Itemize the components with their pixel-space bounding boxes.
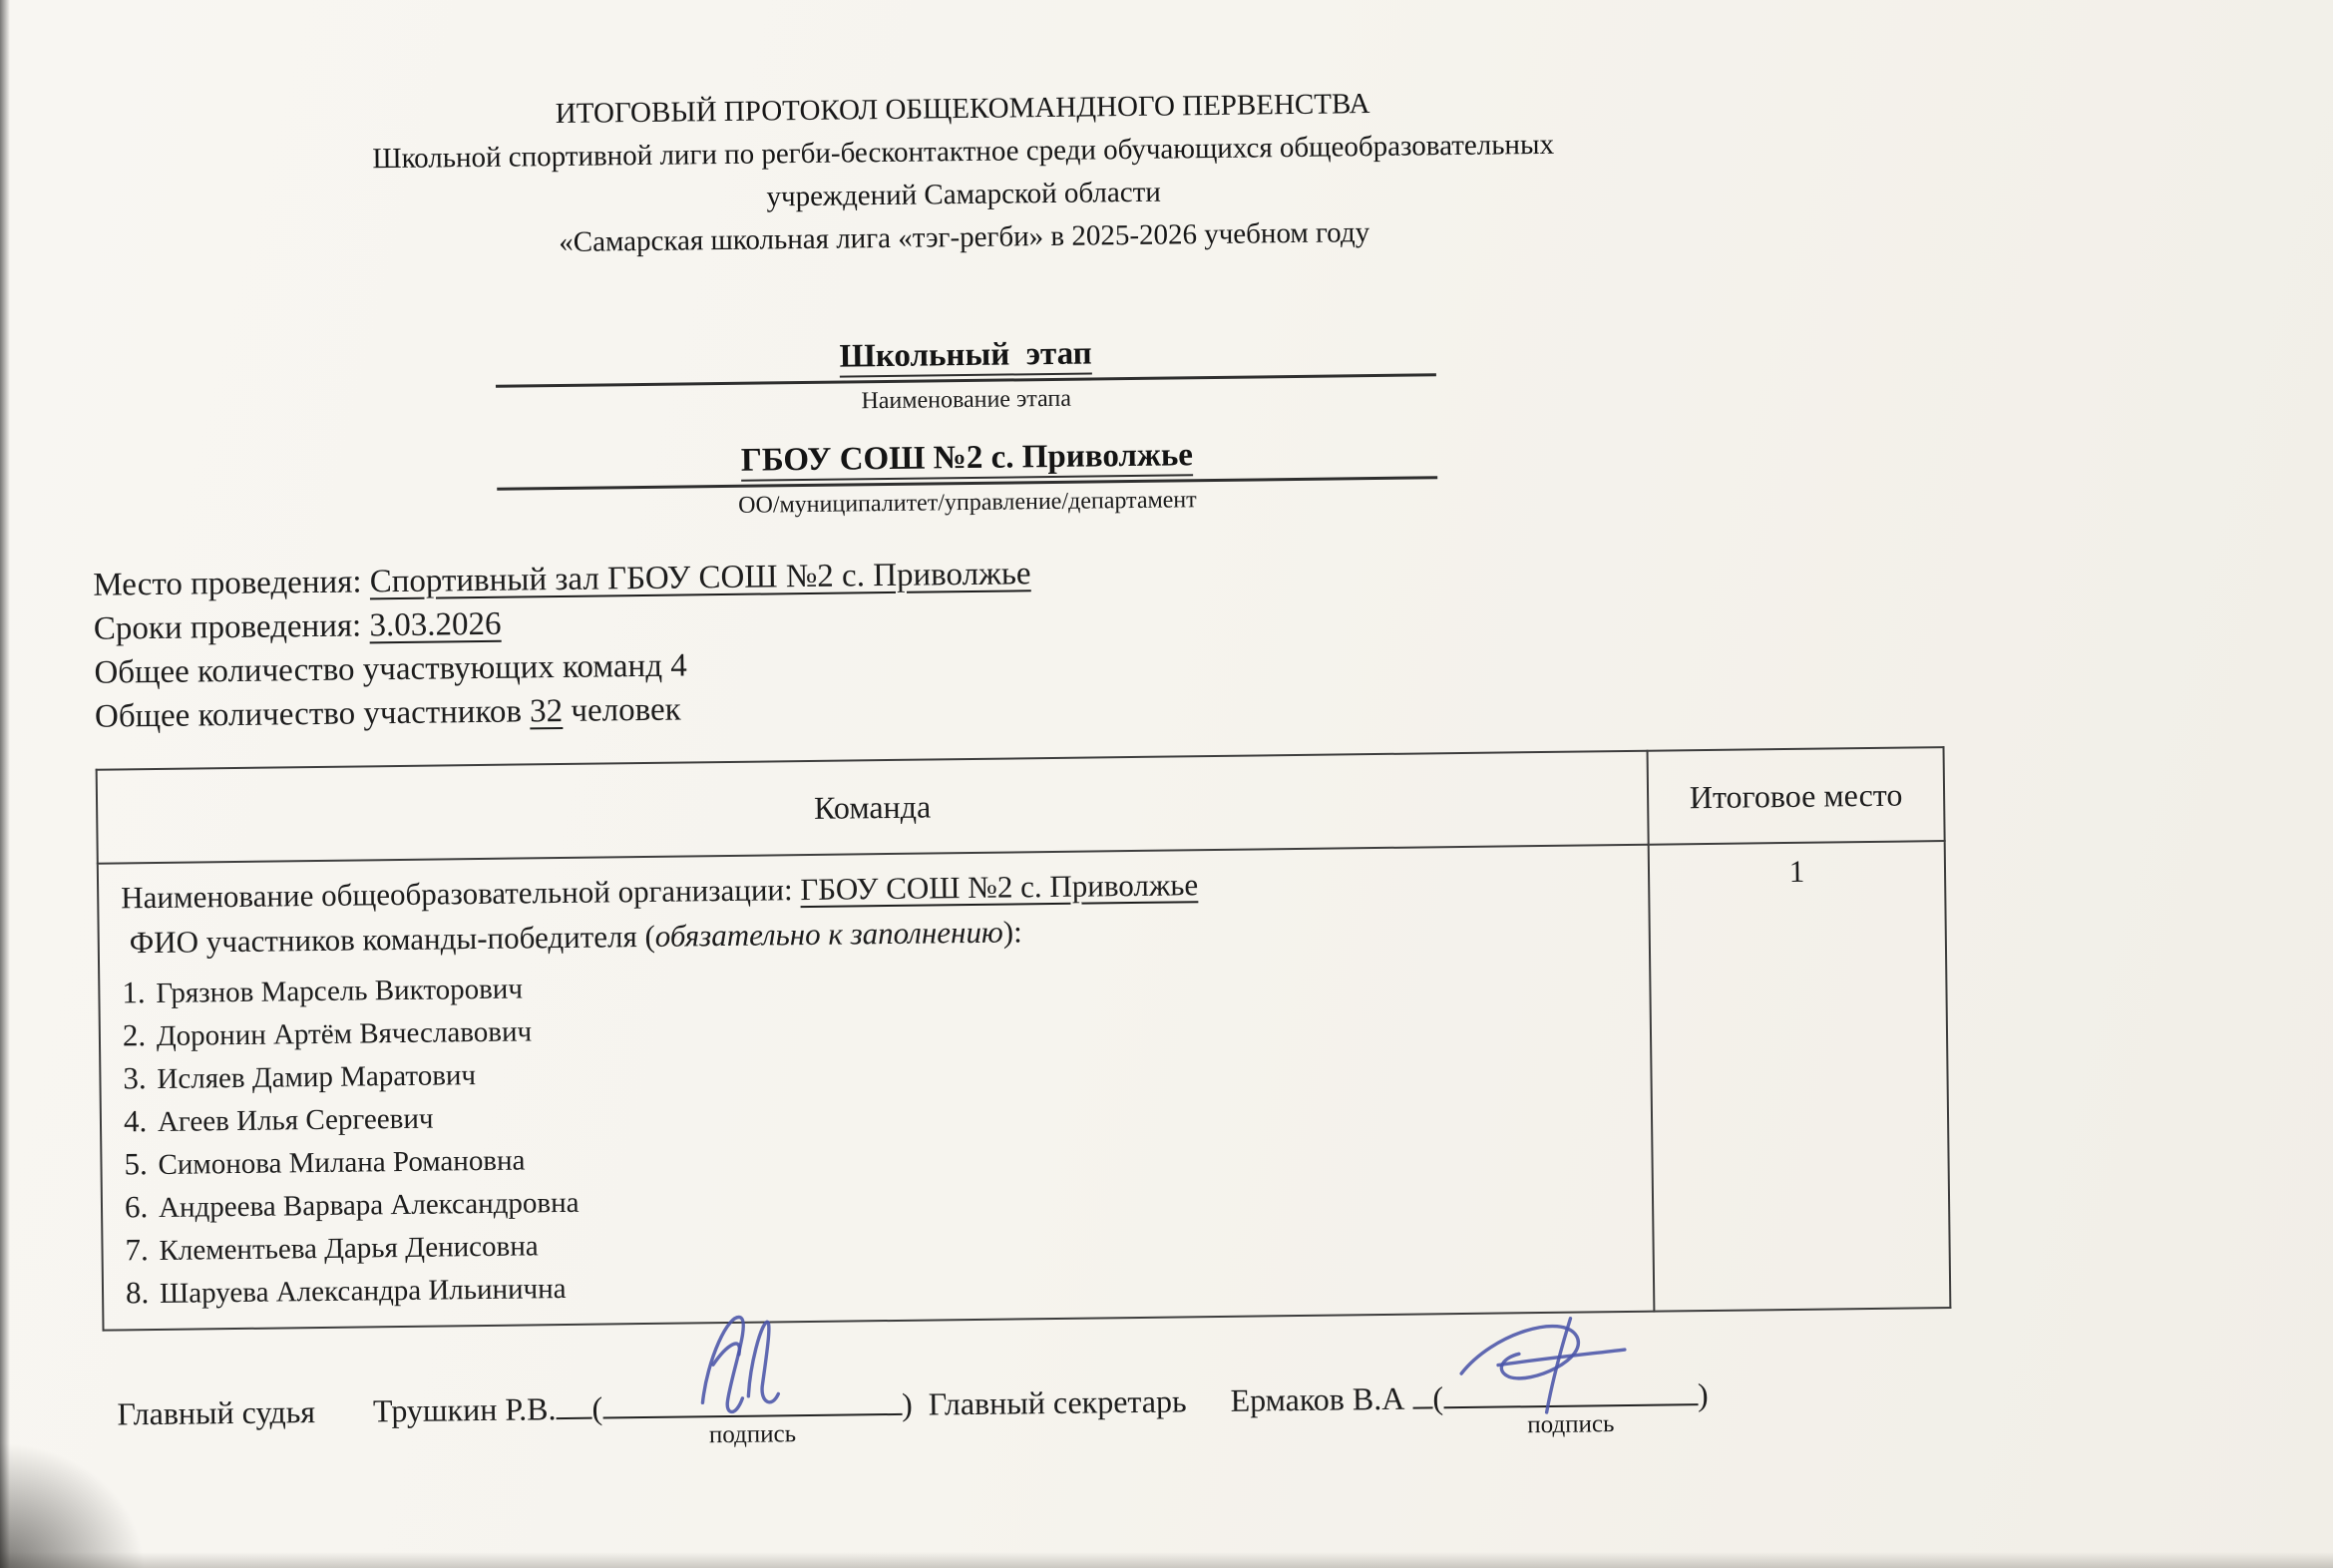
judge-signature-blank: подпись: [602, 1372, 903, 1419]
table-row: Наименование общеобразовательной организ…: [98, 841, 1951, 1331]
teams-count-label: Общее количество участвующих команд 4: [94, 647, 687, 690]
stage-value: Школьный этап: [839, 335, 1092, 377]
results-table: Команда Итоговое место Наименование обще…: [96, 746, 1952, 1332]
member-number: 3.: [123, 1057, 158, 1099]
org-name-label: Наименование общеобразовательной организ…: [121, 872, 801, 915]
secretary-paren-close: ): [1698, 1376, 1709, 1412]
member-number: 6.: [125, 1186, 160, 1228]
final-place-value: 1: [1649, 841, 1951, 1312]
judge-signature-caption: подпись: [709, 1420, 796, 1449]
judge-signature-ink: [646, 1304, 848, 1430]
secretary-title: Главный секретарь: [929, 1382, 1187, 1421]
members-heading-suffix: ):: [1003, 914, 1022, 949]
participants-label: Общее количество участников: [95, 693, 531, 734]
member-name: Шаруева Александра Ильинична: [160, 1273, 567, 1310]
member-name: Доронин Артём Вячеславович: [157, 1015, 533, 1052]
member-name: Симонова Милана Романовна: [158, 1144, 525, 1180]
participants-suffix: человек: [563, 692, 681, 729]
member-number: 4.: [124, 1100, 159, 1142]
event-info: Место проведения: Спортивный зал ГБОУ СО…: [93, 542, 1845, 738]
member-name: Андреева Варвара Александровна: [159, 1187, 580, 1224]
stage-section: Школьный этап Наименование этапа: [90, 326, 1841, 424]
secretary-signature-caption: подпись: [1527, 1410, 1614, 1439]
venue-label: Место проведения:: [93, 564, 370, 602]
col-header-final-place: Итоговое место: [1648, 747, 1945, 845]
member-number: 2.: [123, 1014, 158, 1056]
participants-value: 32: [530, 693, 563, 729]
org-name-value: ГБОУ СОШ №2 с. Приволжье: [800, 867, 1198, 907]
judge-title: Главный судья: [117, 1393, 315, 1431]
judge-underscore-blank: [556, 1409, 591, 1419]
document-title: ИТОГОВЫЙ ПРОТОКОЛ ОБЩЕКОМАНДНОГО ПЕРВЕНС…: [87, 77, 1839, 269]
member-name: Клементьева Дарья Денисовна: [159, 1230, 538, 1267]
member-name: Грязнов Марсель Викторович: [156, 974, 523, 1009]
member-number: 8.: [126, 1272, 161, 1314]
dates-value: 3.03.2026: [369, 606, 501, 644]
organization-blank-line: ГБОУ СОШ №2 с. Приволжье: [497, 434, 1438, 491]
scan-edge-shadow-left: [0, 0, 10, 1568]
judge-name: Трушкин Р.В.: [373, 1390, 557, 1428]
members-list: 1.Грязнов Марсель Викторович 2.Доронин А…: [122, 954, 1633, 1315]
stage-blank-line: Школьный этап: [495, 331, 1436, 388]
dates-label: Сроки проведения:: [94, 607, 370, 646]
scanned-document-page: ИТОГОВЫЙ ПРОТОКОЛ ОБЩЕКОМАНДНОГО ПЕРВЕНС…: [0, 0, 2333, 1568]
judge-paren-open: (: [591, 1390, 602, 1426]
member-number: 1.: [122, 972, 157, 1013]
organization-value: ГБОУ СОШ №2 с. Приволжье: [741, 437, 1194, 482]
member-name: Исляев Дамир Маратович: [157, 1059, 476, 1095]
members-heading-italic: обязательно к заполнению: [655, 915, 1003, 954]
secretary-signature-ink: [1442, 1304, 1633, 1420]
members-heading-prefix: ФИО участников команды-победителя (: [130, 919, 655, 960]
venue-value: Спортивный зал ГБОУ СОШ №2 с. Приволжье: [370, 556, 1031, 599]
judge-paren-close: ): [902, 1386, 913, 1422]
secretary-signature-blank: подпись: [1443, 1362, 1699, 1408]
member-number: 5.: [124, 1143, 159, 1185]
organization-section: ГБОУ СОШ №2 с. Приволжье ОО/муниципалите…: [92, 429, 1843, 527]
scan-edge-shadow-bottom: [0, 1552, 2333, 1568]
team-cell: Наименование общеобразовательной организ…: [98, 845, 1655, 1331]
secretary-underscore-blank: [1412, 1398, 1432, 1408]
scan-corner-shadow: [0, 1438, 150, 1568]
secretary-paren-open: (: [1432, 1379, 1443, 1415]
member-number: 7.: [125, 1229, 160, 1271]
member-name: Агеев Илья Сергеевич: [158, 1103, 434, 1138]
secretary-name: Ермаков В.А: [1230, 1380, 1404, 1418]
signature-line: Главный судьяТрушкин Р.В.( подпись )Глав…: [103, 1360, 1854, 1432]
document-content: ИТОГОВЫЙ ПРОТОКОЛ ОБЩЕКОМАНДНОГО ПЕРВЕНС…: [86, 0, 1853, 1433]
